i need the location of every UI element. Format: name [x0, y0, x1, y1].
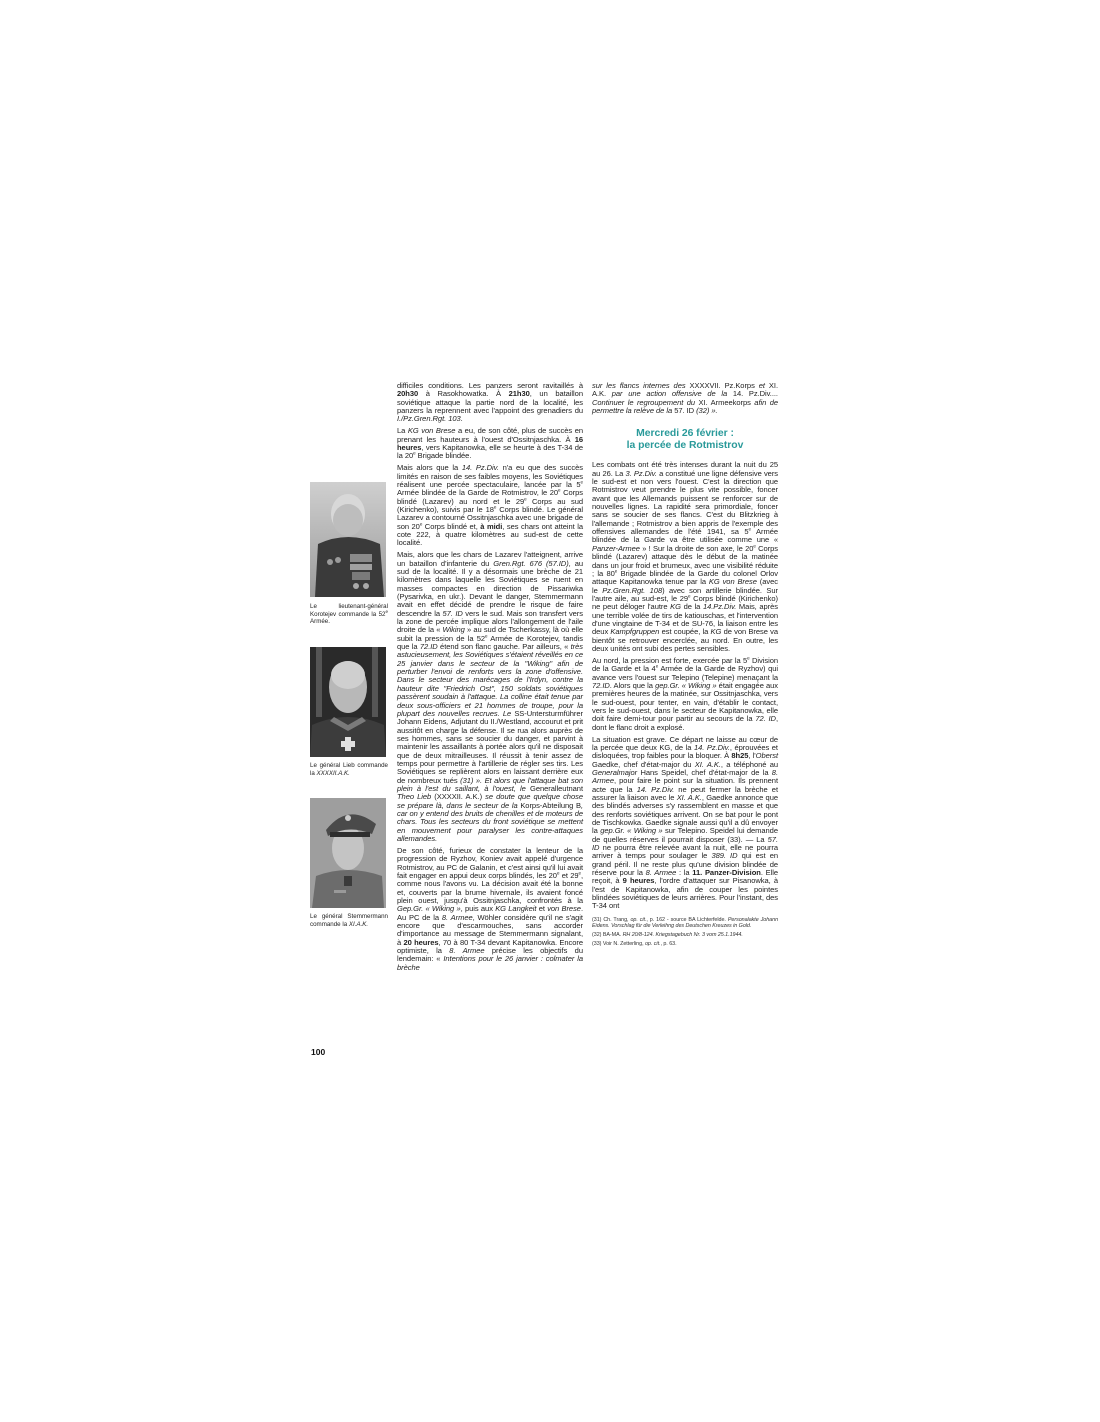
- footnotes: (31) Ch. Trang, op. cit., p. 162 - sourc…: [592, 917, 778, 948]
- text-column-2: sur les flancs internes des XXXXVII. Pz.…: [592, 382, 778, 950]
- footnote-31: (31) Ch. Trang, op. cit., p. 162 - sourc…: [592, 917, 778, 930]
- paragraph: difficiles conditions. Les panzers seron…: [397, 382, 583, 424]
- photo-lieb: [310, 647, 386, 757]
- paragraph: Mais, alors que les chars de Lazarev l'a…: [397, 551, 583, 843]
- page-number: 100: [311, 1047, 325, 1057]
- paragraph: Mais alors que la 14. Pz.Div. n'a eu que…: [397, 464, 583, 547]
- paragraph: La situation est grave. Ce départ ne lai…: [592, 736, 778, 911]
- section-heading: Mercredi 26 février :la percée de Rotmis…: [592, 428, 778, 451]
- paragraph: Les combats ont été très intenses durant…: [592, 461, 778, 653]
- footnote-32: (32) BA-MA. RH 20/8-124. Kriegstagebuch …: [592, 932, 778, 939]
- photo-caption: Le général Lieb commande la XXXXII.A.K.: [310, 762, 388, 777]
- portrait-german-general-icon: [310, 647, 386, 757]
- text-column-1: difficiles conditions. Les panzers seron…: [397, 382, 583, 976]
- photo-caption: Le général Stemmermann commande la XI.A.…: [310, 913, 388, 928]
- portrait-german-general-cap-icon: [310, 798, 386, 908]
- paragraph: sur les flancs internes des XXXXVII. Pz.…: [592, 382, 778, 415]
- paragraph: De son côté, furieux de constater la len…: [397, 847, 583, 972]
- footnote-33: (33) Voir N. Zetterling, op. cit., p. 63…: [592, 941, 778, 948]
- photo-korotejev: [310, 482, 386, 597]
- photo-caption: Le lieutenant-général Korotejev commande…: [310, 603, 388, 626]
- photo-stemmermann: [310, 798, 386, 908]
- book-page: Le lieutenant-général Korotejev commande…: [0, 0, 1100, 1422]
- paragraph: Au nord, la pression est forte, exercée …: [592, 657, 778, 732]
- portrait-soviet-officer-icon: [310, 482, 386, 597]
- paragraph: La KG von Brese a eu, de son côté, plus …: [397, 427, 583, 460]
